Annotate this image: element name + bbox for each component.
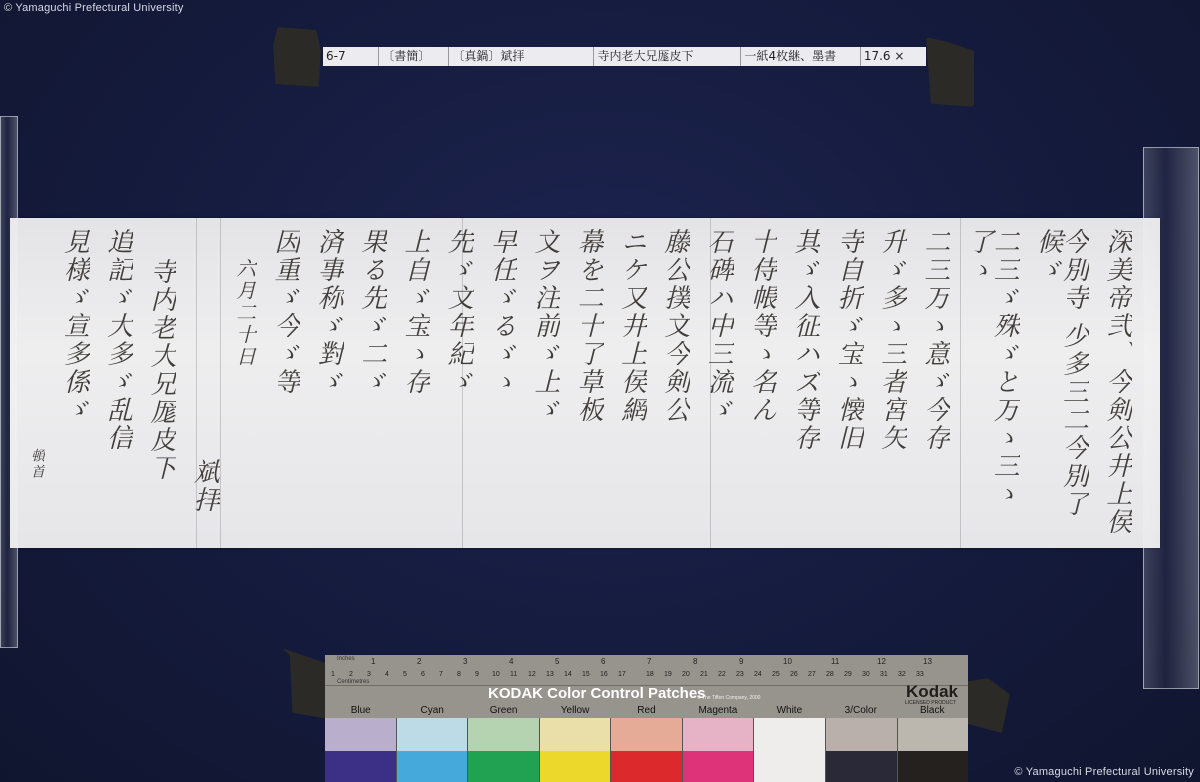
- tape-top-left: [273, 27, 321, 87]
- tape-top-right: [926, 37, 974, 107]
- patch-label-white: White: [754, 705, 825, 716]
- patch-labels: Blue Cyan Green Yellow Red Magenta White…: [325, 705, 968, 716]
- text-column: 文ヲ注前ゞ上ゞ: [532, 228, 558, 536]
- text-column: 上自ゞ宝ゝ存: [402, 228, 428, 536]
- letter-scroll: 深美帝弐、今剣公井上侯 今別寺 少多三二今別了候ゞ 二三ゞ殊ゞと万ゝ三ゝ了ゝ 二…: [10, 218, 1160, 548]
- patch-cyan: [397, 718, 469, 782]
- text-column: 藤公撲文今剣公: [662, 228, 688, 536]
- patch-yellow: [540, 718, 612, 782]
- text-column: 升ゞ多ゝ三者宮矢: [879, 228, 905, 536]
- text-column: 幕を二十了草板: [575, 228, 601, 536]
- glass-weight-right: [1143, 147, 1199, 689]
- chart-credit: © The Tiffen Company, 2000: [697, 695, 760, 701]
- patch-3color: [826, 718, 898, 782]
- label-recipient: 寺内老大兄厖皮下: [594, 47, 741, 66]
- label-type: 〔書簡〕: [379, 47, 449, 66]
- postscript-column: 追記ゞ大多ゞ乱信: [105, 228, 131, 536]
- patch-label-3color: 3/Color: [825, 705, 896, 716]
- addressee-column: 寺内老大兄厖皮下: [148, 228, 174, 536]
- label-author: 〔真鍋〕斌拝: [449, 47, 594, 66]
- patch-magenta: [683, 718, 755, 782]
- patch-label-cyan: Cyan: [396, 705, 467, 716]
- patch-label-magenta: Magenta: [682, 705, 753, 716]
- text-column: 寺自折ゞ宝ゝ懐旧: [835, 228, 861, 536]
- kodak-color-chart: Inches Centimetres 1 2 3 4 5 6 7 8 9 10 …: [325, 655, 968, 782]
- closing-column: 頓首: [30, 228, 44, 536]
- copyright-bottom: © Yamaguchi Prefectural University: [1014, 766, 1194, 778]
- label-format: 一紙4枚継、墨書: [741, 47, 860, 66]
- text-column: ニケ又井上侯網: [619, 228, 645, 536]
- ruler: Inches Centimetres 1 2 3 4 5 6 7 8 9 10 …: [325, 655, 968, 686]
- text-column: 今別寺 少多三二今別了候ゞ: [1035, 228, 1087, 536]
- text-column: 先ゞ文年紀ゞ: [445, 228, 471, 536]
- glass-weight-left: [0, 116, 18, 648]
- calligraphy-columns: 深美帝弐、今剣公井上侯 今別寺 少多三二今別了候ゞ 二三ゞ殊ゞと万ゝ三ゝ了ゝ 二…: [10, 218, 1160, 548]
- patch-white: [754, 718, 826, 782]
- signature-column: 斌拝: [191, 228, 217, 536]
- color-patches: [325, 718, 968, 782]
- chart-title: KODAK Color Control Patches: [488, 685, 706, 702]
- text-column: 因重ゞ今ゞ等: [272, 228, 298, 536]
- patch-black: [898, 718, 969, 782]
- patch-blue: [325, 718, 397, 782]
- text-column: 其ゞ入征ハズ等存: [792, 228, 818, 536]
- text-column: 十侍帳等ゝ名ん: [749, 228, 775, 536]
- patch-label-yellow: Yellow: [539, 705, 610, 716]
- text-column: 果る先ゞ二ゞ: [359, 228, 385, 536]
- copyright-top: © Yamaguchi Prefectural University: [4, 2, 184, 14]
- catalog-label: 6-7 〔書簡〕 〔真鍋〕斌拝 寺内老大兄厖皮下 一紙4枚継、墨書 17.6 ×: [323, 47, 926, 66]
- text-column: 二三ゞ殊ゞと万ゝ三ゝ了ゝ: [965, 228, 1017, 536]
- label-size: 17.6 ×: [861, 47, 926, 66]
- postscript-column: 見様ゞ宣多係ゞ: [61, 228, 87, 536]
- patch-label-blue: Blue: [325, 705, 396, 716]
- text-column: 早任ゞるゞゝ: [489, 228, 515, 536]
- patch-label-black: Black: [897, 705, 968, 716]
- patch-red: [611, 718, 683, 782]
- patch-label-green: Green: [468, 705, 539, 716]
- kodak-logo: Kodak: [906, 682, 958, 702]
- text-column: 深美帝弐、今剣公井上侯: [1104, 228, 1130, 536]
- patch-green: [468, 718, 540, 782]
- patch-label-red: Red: [611, 705, 682, 716]
- text-column: 済事称ゞ對ゞ: [315, 228, 341, 536]
- text-column: 石碑ハ中三流ゞ: [705, 228, 731, 536]
- label-id: 6-7: [323, 47, 379, 66]
- text-column: 二三万ゝ意ゞ今存: [922, 228, 948, 536]
- date-column: 六月二十日: [235, 228, 255, 536]
